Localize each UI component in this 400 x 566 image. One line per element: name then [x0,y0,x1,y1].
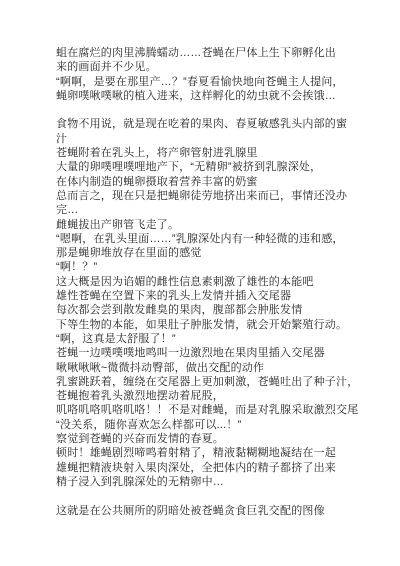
text-line: 在体内制造的蝇卵摄取着营养丰富的奶蜜 [56,175,362,189]
text-line: “嗯啊，在乳头里面……”乳腺深处内有一种轻微的违和感， [56,232,362,246]
text-line: 食物不用说，就是现在吃着的果肉、春夏敏感乳头内部的蜜 [56,117,362,131]
text-line: 这大概是因为谄媚的雌性信息素刺激了雄性的本能吧 [56,275,362,289]
text-line: 每次都会尝到散发雌臭的果肉，腹部都会肿胀发情 [56,303,362,317]
text-line: “啊，这真是太舒服了！” [56,332,362,346]
text-line: 蝇卵噗啾噗啾的植入进来，这样孵化的幼虫就不会挨饿… [56,89,362,103]
text-line: 那是蝇卵堆放存在里面的感觉 [56,246,362,260]
text-line: 雄蝇把精液块射入果肉深处，全把体内的精子都挤了出来 [56,461,362,475]
document-page: 蛆在腐烂的肉里沸腾蠕动……苍蝇在尸体上生下卵孵化出来的画面并不少见。“啊啊，是要… [0,0,400,566]
text-line: 汁 [56,132,362,146]
text-line: 乳蜜跳跃着，缠绕在交尾器上更加刺激，苍蝇吐出了种子汁， [56,375,362,389]
text-line: “啊！？” [56,260,362,274]
paragraph-2: 食物不用说，就是现在吃着的果肉、春夏敏感乳头内部的蜜汁苍蝇附着在乳头上，将产卵管… [56,117,362,489]
text-line: 雄性苍蝇在空置下来的乳头上发情并插入交尾器 [56,289,362,303]
text-line: 总而言之，现在只是把蝇卵徒劳地挤出来而已，事情还没办 [56,189,362,203]
text-line: 顿时！雄蝇剧烈啼鸣着射精了，精液黏糊糊地凝结在一起 [56,446,362,460]
text-line: “啊啊，是要在那里产…？”春夏看愉快地向苍蝇主人提问， [56,75,362,89]
text-line: 苍蝇抱着乳头激烈地摆动着屁股， [56,389,362,403]
text-line: 苍蝇附着在乳头上，将产卵管射进乳腺里 [56,146,362,160]
document-body: 蛆在腐烂的肉里沸腾蠕动……苍蝇在尸体上生下卵孵化出来的画面并不少见。“啊啊，是要… [56,46,362,518]
text-line: 苍蝇一边噗噗噗地鸣叫一边激烈地在果肉里插入交尾器 [56,346,362,360]
text-line: 精子浸入到乳腺深处的无精卵中… [56,475,362,489]
text-line: 啾啾啾啾~微微抖动臀部，做出交配的动作 [56,361,362,375]
text-line: 大量的卵噗哩噗哩地产下，“无精卵”被挤到乳腺深处， [56,160,362,174]
text-line: 雌蝇拔出产卵管飞走了。 [56,218,362,232]
text-line: 察觉到苍蝇的兴奋而发情的春夏。 [56,432,362,446]
text-line: 来的画面并不少见。 [56,60,362,74]
paragraph-3: 这就是在公共厕所的阴暗处被苍蝇贪食巨乳交配的图像 [56,504,362,518]
text-line: “没关系，随你喜欢怎么样都可以...！” [56,418,362,432]
text-line: 下等生物的本能，如果肚子肿胀发情，就会开始繁殖行动。 [56,318,362,332]
text-line: 蛆在腐烂的肉里沸腾蠕动……苍蝇在尸体上生下卵孵化出 [56,46,362,60]
text-line: 叽咯叽咯叽咯叽咯！！不是对雌蝇，而是对乳腺采取激烈交尾 [56,403,362,417]
paragraph-1: 蛆在腐烂的肉里沸腾蠕动……苍蝇在尸体上生下卵孵化出来的画面并不少见。“啊啊，是要… [56,46,362,103]
text-line: 这就是在公共厕所的阴暗处被苍蝇贪食巨乳交配的图像 [56,504,362,518]
text-line: 完… [56,203,362,217]
